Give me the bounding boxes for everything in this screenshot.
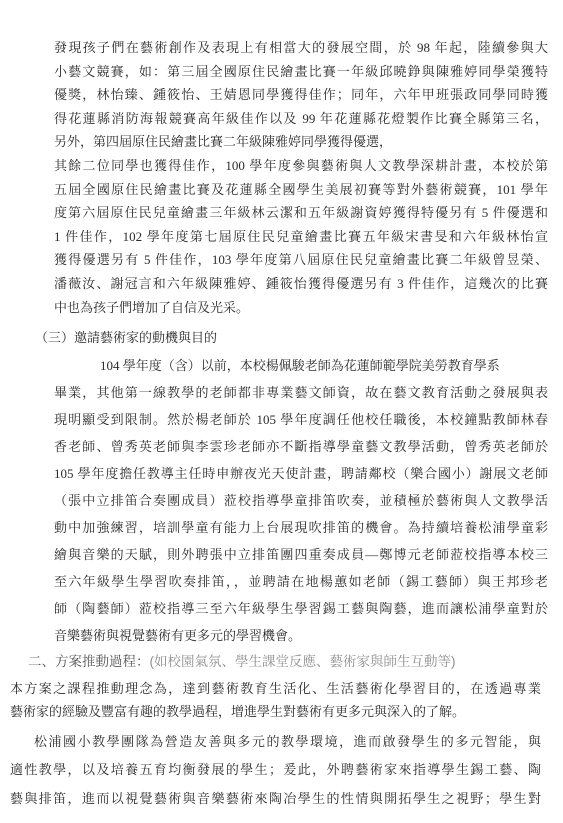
text-line: 獲得優選另有 5 件佳作，103 學年度第八屆原住民兒童繪畫比賽二年級曾昱榮、 [54,248,548,272]
text-line: 畢業，其他第一線教學的老師都非專業藝文師資，故在藝文教育活動之發展與表 [54,379,548,406]
text-line: 五屆全國原住民繪畫比賽及花蓮縣全國學生美展初賽等對外藝術競賽，101 學年 [54,178,548,202]
text-line: 松浦國小教學團隊為營造友善與多元的教學環境，進而啟發學生的多元智能，與 [10,728,541,756]
heading-section-two-note: (如校園氣氛、學生課堂反應、藝術家與師生互動等) [150,654,456,669]
text-line: 105 學年度擔任教導主任時申辦夜光天使計畫，聘請鄰校（樂合國小）謝展文老師 [54,460,548,487]
text-line: 潘薇汝、謝冠言和六年級陳雅婷、鍾筱怡獲得優選另有 3 件佳作，這幾次的比賽 [54,272,548,296]
text-line: 香老師、曾秀英老師與李雲珍老師亦不斷指導學童藝文教學活動，曾秀英老師於 [54,433,548,460]
text-line: 師（陶藝師）蒞校指導三至六年級學生學習錫工藝與陶藝，進而讓松浦學童對於 [54,595,548,622]
document-page: 發現孩子們在藝術創作及表現上有相當大的發展空間，於 98 年起，陸續參與大小藝文… [0,0,563,823]
paragraph-artist-invitation-motive: 104 學年度（含）以前，本校楊佩駿老師為花蓮師範學院美勞教育學系畢業，其他第一… [54,352,548,649]
text-line: 發現孩子們在藝術創作及表現上有相當大的發展空間，於 98 年起，陸續參與大 [54,36,548,60]
heading-section-two-title: 二、方案推動過程： [28,654,150,669]
text-line: 1 件佳作，102 學年度第七屆原住民兒童繪畫比賽五年級宋書旻和六年級林怡宣 [54,225,548,249]
text-line: 適性教學，以及培養五育均衡發展的學生；爰此，外聘藝術家來指導學生錫工藝、陶 [10,756,541,784]
text-line: 104 學年度（含）以前，本校楊佩駿老師為花蓮師範學院美勞教育學系 [54,352,548,379]
heading-section-two-process: 二、方案推動過程：(如校園氣氛、學生課堂反應、藝術家與師生互動等) [28,652,456,672]
text-line: 另外，第四屆原住民繪畫比賽二年級陳雅婷同學獲得優選， [54,130,548,154]
text-line: 度第六屆原住民兒童繪畫三年級林云潔和五年級謝資婷獲得特優另有 5 件優選和 [54,201,548,225]
text-line: 繪與音樂的天賦，則外聘張中立排笛團四重奏成員—鄭博元老師蒞校指導本校三 [54,541,548,568]
text-line: 得花蓮縣消防海報競賽高年級佳作以及 99 年花蓮縣花燈製作比賽全縣第三名， [54,107,548,131]
paragraph-course-concept: 本方案之課程推動理念為，達到藝術教育生活化、生活藝術化學習目的，在透過專業藝術家… [10,677,541,723]
paragraph-teaching-team: 松浦國小教學團隊為營造友善與多元的教學環境，進而啟發學生的多元智能，與適性教學，… [10,728,541,813]
text-line: 其餘二位同學也獲得佳作，100 學年度參與藝術與人文教學深耕計畫，本校於第 [54,154,548,178]
text-line: 音樂藝術與視覺藝術有更多元的學習機會。 [54,622,548,649]
text-line: 小藝文競賽，如：第三屆全國原住民繪畫比賽一年級邱曉錚與陳雅婷同學榮獲特 [54,60,548,84]
text-line: 優獎，林怡臻、鍾筱怡、王婧恩同學獲得佳作；同年，六年甲班張政同學同時獲 [54,83,548,107]
text-line: 至六年級學生學習吹奏排笛，，並聘請在地楊蕙如老師（錫工藝師）與王邦珍老 [54,568,548,595]
text-line: 動中加強練習，培訓學童有能力上台展現吹排笛的機會。為持續培養松浦學童彩 [54,514,548,541]
heading-section-three-artist-motive: （三）邀請藝術家的動機與目的 [35,327,217,349]
text-line: （張中立排笛合奏團成員）蒞校指導學童排笛吹奏，並積極於藝術與人文教學活 [54,487,548,514]
text-line: 中也為孩子們增加了自信及光采。 [54,296,548,320]
text-line: 藝術家的經驗及豐富有趣的教學過程，增進學生對藝術有更多元與深入的了解。 [10,700,541,723]
text-line: 現明顯受到限制。然於楊老師於 105 學年度調任他校任職後，本校鐘點教師林春 [54,406,548,433]
text-line: 本方案之課程推動理念為，達到藝術教育生活化、生活藝術化學習目的，在透過專業 [10,677,541,700]
text-line: 藝與排笛，進而以視覺藝術與音樂藝術來陶冶學生的性情與開拓學生之視野；學生對 [10,785,541,813]
paragraph-art-competition-awards: 發現孩子們在藝術創作及表現上有相當大的發展空間，於 98 年起，陸續參與大小藝文… [54,36,548,319]
